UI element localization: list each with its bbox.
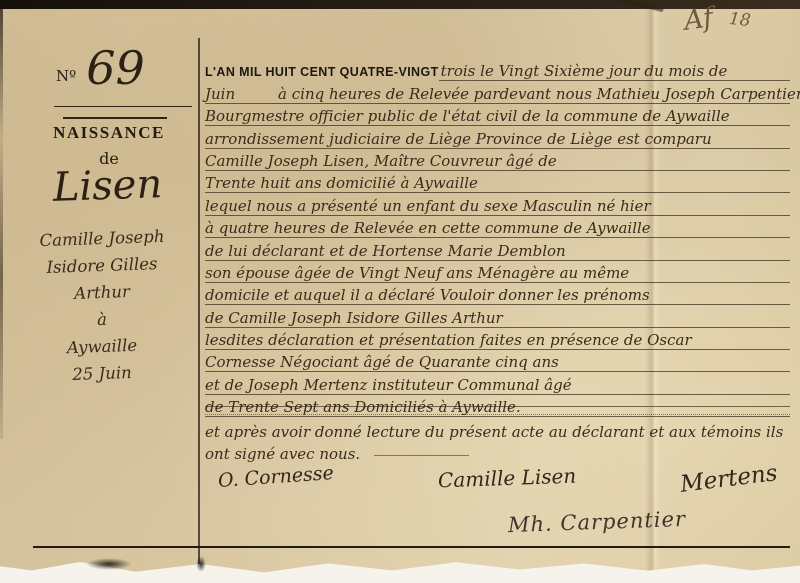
act-line: son épouse âgée de Vingt Neuf ans Ménagè…	[205, 261, 790, 283]
archival-annotation: Af 18	[684, 6, 751, 33]
birth-certificate-scan: Af 18 Nº 69 NAISSANCE de Lisen Camille J…	[0, 0, 800, 583]
closing-line: et après avoir donné lecture du présent …	[205, 421, 790, 443]
signatures-row: O. Cornesse Camille Lisen Mertens	[218, 466, 778, 492]
blank-ruled-line	[205, 414, 790, 415]
act-line: lesdites déclaration et présentation fai…	[205, 328, 790, 350]
closing-line-text: ont signé avec nous.	[205, 445, 360, 463]
margin-date-line: 25 Juin	[4, 357, 201, 391]
act-line: L'AN MIL HUIT CENT QUATRE-VINGT trois le…	[205, 60, 790, 81]
annotation-number: 18	[728, 9, 752, 31]
act-line: de lui déclarant et de Hortense Marie De…	[205, 238, 790, 260]
act-number-field: Nº 69	[56, 48, 145, 89]
child-surname: Lisen	[19, 160, 195, 212]
act-line: Trente huit ans domicilié à Aywaille	[205, 171, 790, 193]
flourish-dash	[374, 455, 469, 456]
act-body: L'AN MIL HUIT CENT QUATRE-VINGT trois le…	[205, 60, 790, 417]
scan-top-edge	[0, 0, 800, 9]
declarant-signature: Camille Lisen	[438, 464, 577, 493]
witness-signature-2: Mertens	[679, 460, 779, 498]
act-line: et de Joseph Mertenz instituteur Communa…	[205, 372, 790, 394]
act-type-title: NAISSANCE	[28, 123, 190, 143]
blank-ruled-line	[205, 406, 790, 407]
number-underline	[54, 106, 192, 107]
act-line: arrondissement judiciaire de Liège Provi…	[205, 126, 790, 148]
ink-smudge	[196, 556, 206, 572]
act-line: domicile et auquel il a déclaré Vouloir …	[205, 283, 790, 305]
witness-signature: O. Cornesse	[217, 462, 334, 492]
margin-divider-line	[198, 38, 200, 583]
act-line: à quatre heures de Relevée en cette comm…	[205, 216, 790, 238]
margin-child-names: Camille Joseph Isidore Gilles Arthur à A…	[4, 225, 200, 387]
act-line: Juin à cinq heures de Relevée pardevant …	[205, 81, 790, 103]
scan-left-edge	[0, 9, 3, 439]
act-number: 69	[86, 48, 145, 89]
act-line: lequel nous a présenté un enfant du sexe…	[205, 193, 790, 215]
act-line: Cornesse Négociant âgé de Quarante cinq …	[205, 350, 790, 372]
closing-statement: et après avoir donné lecture du présent …	[205, 421, 790, 465]
printed-opening: L'AN MIL HUIT CENT QUATRE-VINGT	[205, 65, 439, 81]
closing-line: ont signé avec nous.	[205, 443, 790, 465]
annotation-mark: Af	[682, 4, 715, 35]
act-line: Camille Joseph Lisen, Maître Couvreur âg…	[205, 149, 790, 171]
number-underline-2	[63, 117, 167, 119]
number-label: Nº	[56, 67, 76, 89]
ink-smudge	[86, 558, 132, 570]
record-separator-line	[33, 546, 790, 548]
act-line-script: trois le Vingt Sixième jour du mois de	[439, 62, 790, 81]
act-line: de Camille Joseph Isidore Gilles Arthur	[205, 305, 790, 327]
act-line: Bourgmestre officier public de l'état ci…	[205, 104, 790, 126]
